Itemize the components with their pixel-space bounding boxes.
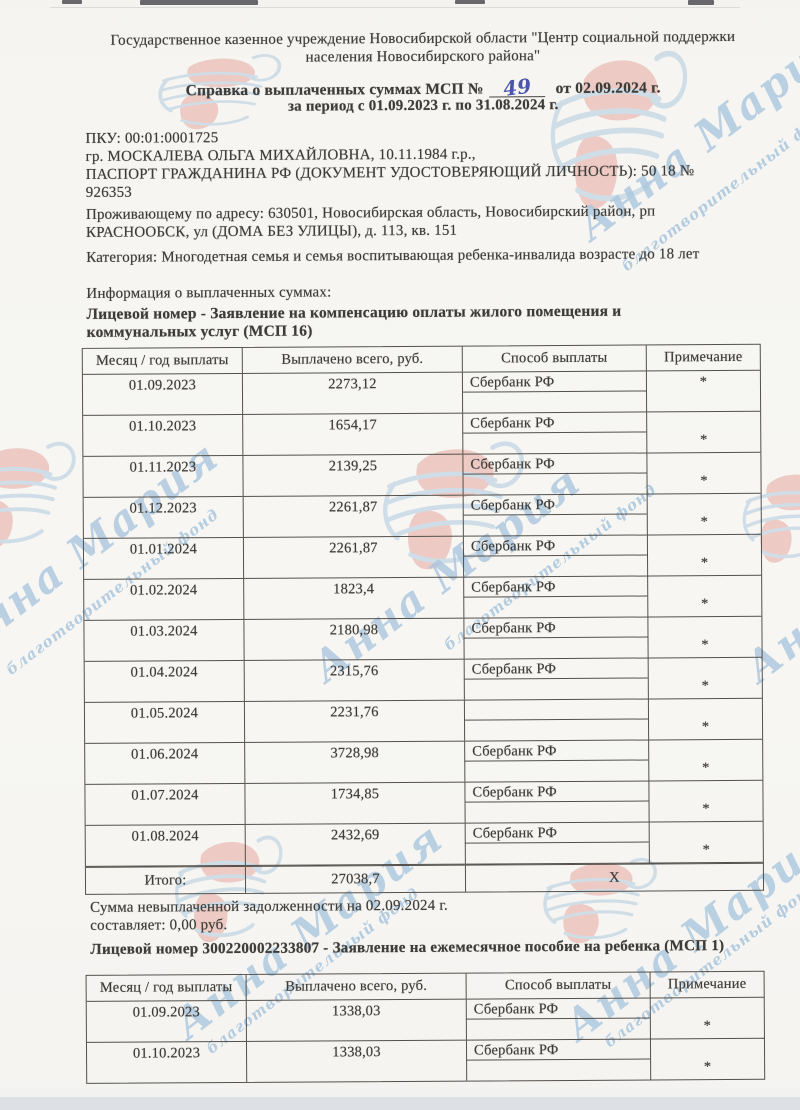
payment-date: 01.11.2023 [83, 456, 242, 497]
total-label: Итого: [86, 867, 245, 894]
payment-row: 01.05.20242231,76* [85, 699, 762, 744]
payment-method: Сбербанк РФ [462, 412, 646, 433]
payment-note: * [649, 822, 763, 863]
payment-amount: 2261,87 [243, 496, 463, 537]
bottom-scan-band [0, 1097, 800, 1110]
payment-amount: 2315,76 [244, 660, 464, 701]
payment-method: Сбербанк РФ [464, 658, 648, 679]
payment-row: 01.03.20242180,98Сбербанк РФ* [84, 617, 761, 662]
payment-method-empty [463, 473, 647, 494]
payment-amount: 2273,12 [242, 373, 462, 414]
payment-method-empty [462, 391, 646, 412]
payment-amount: 3728,98 [244, 742, 464, 783]
table-header-row: Месяц / год выплатыВыплачено всего, руб.… [83, 345, 760, 375]
payment-date: 01.03.2024 [84, 620, 243, 661]
total-mark: Х [465, 864, 763, 892]
payment-note: * [648, 699, 762, 740]
payment-amount: 1338,03 [246, 1000, 466, 1041]
payment-method: Сбербанк РФ [466, 998, 650, 1019]
payment-method: Сбербанк РФ [464, 781, 648, 802]
account2-heading: Лицевой номер 300220002233807 - Заявлени… [90, 937, 766, 959]
payment-method-empty [466, 1059, 650, 1080]
title-suffix: от 02.09.2024 г. [556, 79, 661, 97]
payment-method-empty [463, 555, 647, 576]
payment-method-empty [464, 760, 648, 781]
payment-amount: 2180,98 [243, 619, 463, 660]
payment-method [464, 699, 648, 720]
handwritten-number: 49 [503, 78, 533, 97]
column-header: Месяц / год выплаты [87, 975, 246, 1001]
payment-date: 01.08.2024 [86, 825, 245, 866]
column-header: Примечание [646, 345, 760, 371]
payment-method-empty [466, 1018, 650, 1039]
payment-row: 01.12.20232261,87Сбербанк РФ* [84, 494, 761, 539]
account1-heading-line2: коммунальных услуг (МСП 16) [87, 319, 763, 341]
column-header: Месяц / год выплаты [83, 348, 242, 374]
column-header: Способ выплаты [466, 972, 650, 998]
column-header: Выплачено всего, руб. [242, 347, 462, 373]
payment-note: * [648, 740, 762, 781]
payment-note: * [650, 998, 764, 1039]
payments-table-msp1: Месяц / год выплатыВыплачено всего, руб.… [86, 971, 766, 1084]
debt-line-2: составляет: 0,00 руб. [90, 913, 766, 935]
payment-note: * [647, 576, 761, 617]
payment-note: * [646, 371, 760, 412]
payment-note: * [646, 412, 760, 453]
column-header: Способ выплаты [462, 345, 646, 371]
category-line: Категория: Многодетная семья и семья вос… [86, 245, 762, 267]
payment-note: * [648, 658, 762, 699]
payment-method-empty [464, 719, 648, 740]
table-header-row: Месяц / год выплатыВыплачено всего, руб.… [87, 972, 764, 1002]
payment-row: 01.02.20241823,4Сбербанк РФ* [84, 576, 761, 621]
payment-row: 01.10.20231338,03Сбербанк РФ* [87, 1039, 764, 1083]
payment-date: 01.12.2023 [84, 497, 243, 538]
document-content: Государственное казенное учреждение Ново… [0, 0, 800, 1110]
payment-method-empty [465, 842, 649, 863]
payment-amount: 2231,76 [244, 701, 464, 742]
payment-method: Сбербанк РФ [463, 617, 647, 638]
payment-amount: 1823,4 [243, 578, 463, 619]
payment-method-empty [464, 637, 648, 658]
payment-amount: 1734,85 [244, 783, 464, 824]
payment-date: 01.04.2024 [85, 661, 244, 702]
total-row: Итого:27038,7Х [86, 863, 763, 894]
payment-date: 01.09.2023 [83, 374, 242, 415]
payment-method: Сбербанк РФ [463, 576, 647, 597]
payment-row: 01.06.20243728,98Сбербанк РФ* [85, 740, 762, 785]
payment-amount: 1654,17 [242, 414, 462, 455]
payment-row: 01.08.20242432,69Сбербанк РФ* [86, 822, 763, 867]
payment-note: * [647, 494, 761, 535]
payment-date: 01.09.2023 [87, 1001, 246, 1042]
payment-note: * [650, 1039, 764, 1080]
address-line-2: КРАСНООБСК, ул (ДОМА БЕЗ УЛИЦЫ), д. 113,… [86, 220, 762, 242]
payment-row: 01.11.20232139,25Сбербанк РФ* [83, 453, 760, 498]
payment-note: * [647, 617, 761, 658]
payment-row: 01.04.20242315,76Сбербанк РФ* [85, 658, 762, 703]
info-heading: Информация о выплаченных суммах: [86, 281, 762, 303]
payment-note: * [646, 453, 760, 494]
payment-method: Сбербанк РФ [464, 740, 648, 761]
payment-row: 01.10.20231654,17Сбербанк РФ* [83, 412, 760, 457]
title-prefix: Справка о выплаченных суммах МСП № [186, 80, 484, 99]
payment-method-empty [463, 596, 647, 617]
scanned-document: Анна Мария благотворительный фонд Анна М… [0, 0, 800, 1110]
payment-method-empty [462, 432, 646, 453]
payment-method-empty [464, 678, 648, 699]
payment-method-empty [465, 801, 649, 822]
column-header: Примечание [650, 972, 764, 998]
total-amount: 27038,7 [245, 866, 465, 893]
payment-method: Сбербанк РФ [465, 822, 649, 843]
payment-date: 01.06.2024 [85, 743, 244, 784]
payment-date: 01.07.2024 [85, 784, 244, 825]
payment-amount: 2139,25 [242, 455, 462, 496]
payment-row: 01.07.20241734,85Сбербанк РФ* [85, 781, 762, 826]
payment-date: 01.02.2024 [84, 579, 243, 620]
payment-method-empty [463, 514, 647, 535]
payment-method: Сбербанк РФ [466, 1039, 650, 1060]
payment-method: Сбербанк РФ [463, 535, 647, 556]
payment-note: * [647, 535, 761, 576]
payment-date: 01.01.2024 [84, 538, 243, 579]
certificate-number-blank: 49 [490, 79, 546, 97]
payments-table-msp16: Месяц / год выплатыВыплачено всего, руб.… [82, 344, 764, 895]
payment-row: 01.01.20242261,87Сбербанк РФ* [84, 535, 761, 580]
payment-date: 01.10.2023 [83, 415, 242, 456]
payment-row: 01.09.20231338,03Сбербанк РФ* [87, 998, 764, 1043]
payment-date: 01.05.2024 [85, 702, 244, 743]
payment-row: 01.09.20232273,12Сбербанк РФ* [83, 371, 760, 416]
payment-method: Сбербанк РФ [462, 371, 646, 392]
payment-method: Сбербанк РФ [462, 453, 646, 474]
payment-amount: 1338,03 [246, 1041, 466, 1082]
payment-method: Сбербанк РФ [463, 494, 647, 515]
column-header: Выплачено всего, руб. [246, 974, 466, 1000]
payment-amount: 2261,87 [243, 537, 463, 578]
payment-date: 01.10.2023 [87, 1042, 246, 1083]
payment-amount: 2432,69 [245, 824, 465, 865]
payment-note: * [648, 781, 762, 822]
